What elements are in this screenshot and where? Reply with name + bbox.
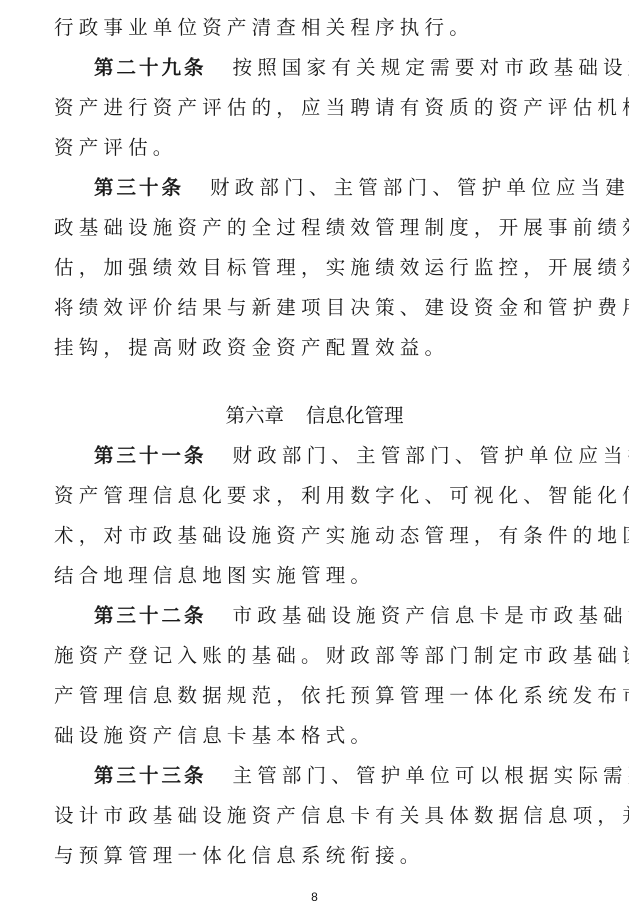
text-line: 资产评估。 xyxy=(54,128,578,168)
article-label: 第三十一条 xyxy=(94,444,207,467)
text-line: 挂钩，提高财政资金资产配置效益。 xyxy=(54,328,578,368)
text-line: 估，加强绩效目标管理，实施绩效运行监控，开展绩效评价， xyxy=(54,248,578,288)
text-line: 结合地理信息地图实施管理。 xyxy=(54,556,578,596)
text-line: 按照国家有关规定需要对市政基础设施 xyxy=(233,56,629,79)
article-32-first-line: 第三十二条市政基础设施资产信息卡是市政基础设 xyxy=(54,596,578,636)
chapter-title: 信息化管理 xyxy=(306,404,404,427)
text-line: 行政事业单位资产清查相关程序执行。 xyxy=(54,16,474,39)
paragraph-continuation: 行政事业单位资产清查相关程序执行。 xyxy=(54,8,578,48)
article-label: 第三十条 xyxy=(94,176,184,199)
text-line: 政基础设施资产的全过程绩效管理制度，开展事前绩效评 xyxy=(54,208,578,248)
text-line: 资产进行资产评估的，应当聘请有资质的资产评估机构进行 xyxy=(54,88,578,128)
text-line: 主管部门、管护单位可以根据实际需要， xyxy=(233,764,629,787)
text-line: 设计市政基础设施资产信息卡有关具体数据信息项，并做好 xyxy=(54,796,578,836)
chapter-number: 第六章 xyxy=(225,404,284,427)
article-31-first-line: 第三十一条财政部门、主管部门、管护单位应当按照 xyxy=(54,436,578,476)
article-label: 第三十二条 xyxy=(94,604,207,627)
article-label: 第三十三条 xyxy=(94,764,207,787)
text-line: 将绩效评价结果与新建项目决策、建设资金和管护费用安排 xyxy=(54,288,578,328)
article-label: 第二十九条 xyxy=(94,56,207,79)
text-line: 与预算管理一体化信息系统衔接。 xyxy=(54,836,578,876)
text-line: 财政部门、主管部门、管护单位应当建立市 xyxy=(210,176,629,199)
text-line: 财政部门、主管部门、管护单位应当按照 xyxy=(233,444,629,467)
page-number: 8 xyxy=(0,890,629,904)
article-30-first-line: 第三十条财政部门、主管部门、管护单位应当建立市 xyxy=(54,168,578,208)
article-29-first-line: 第二十九条按照国家有关规定需要对市政基础设施 xyxy=(54,48,578,88)
text-line: 施资产登记入账的基础。财政部等部门制定市政基础设施资 xyxy=(54,636,578,676)
text-line: 础设施资产信息卡基本格式。 xyxy=(54,716,578,756)
text-line: 术，对市政基础设施资产实施动态管理，有条件的地区可以 xyxy=(54,516,578,556)
article-33-first-line: 第三十三条主管部门、管护单位可以根据实际需要， xyxy=(54,756,578,796)
chapter-heading: 第六章信息化管理 xyxy=(0,396,629,436)
text-line: 资产管理信息化要求，利用数字化、可视化、智能化信息技 xyxy=(54,476,578,516)
text-line: 产管理信息数据规范，依托预算管理一体化系统发布市政基 xyxy=(54,676,578,716)
text-line: 市政基础设施资产信息卡是市政基础设 xyxy=(233,604,629,627)
